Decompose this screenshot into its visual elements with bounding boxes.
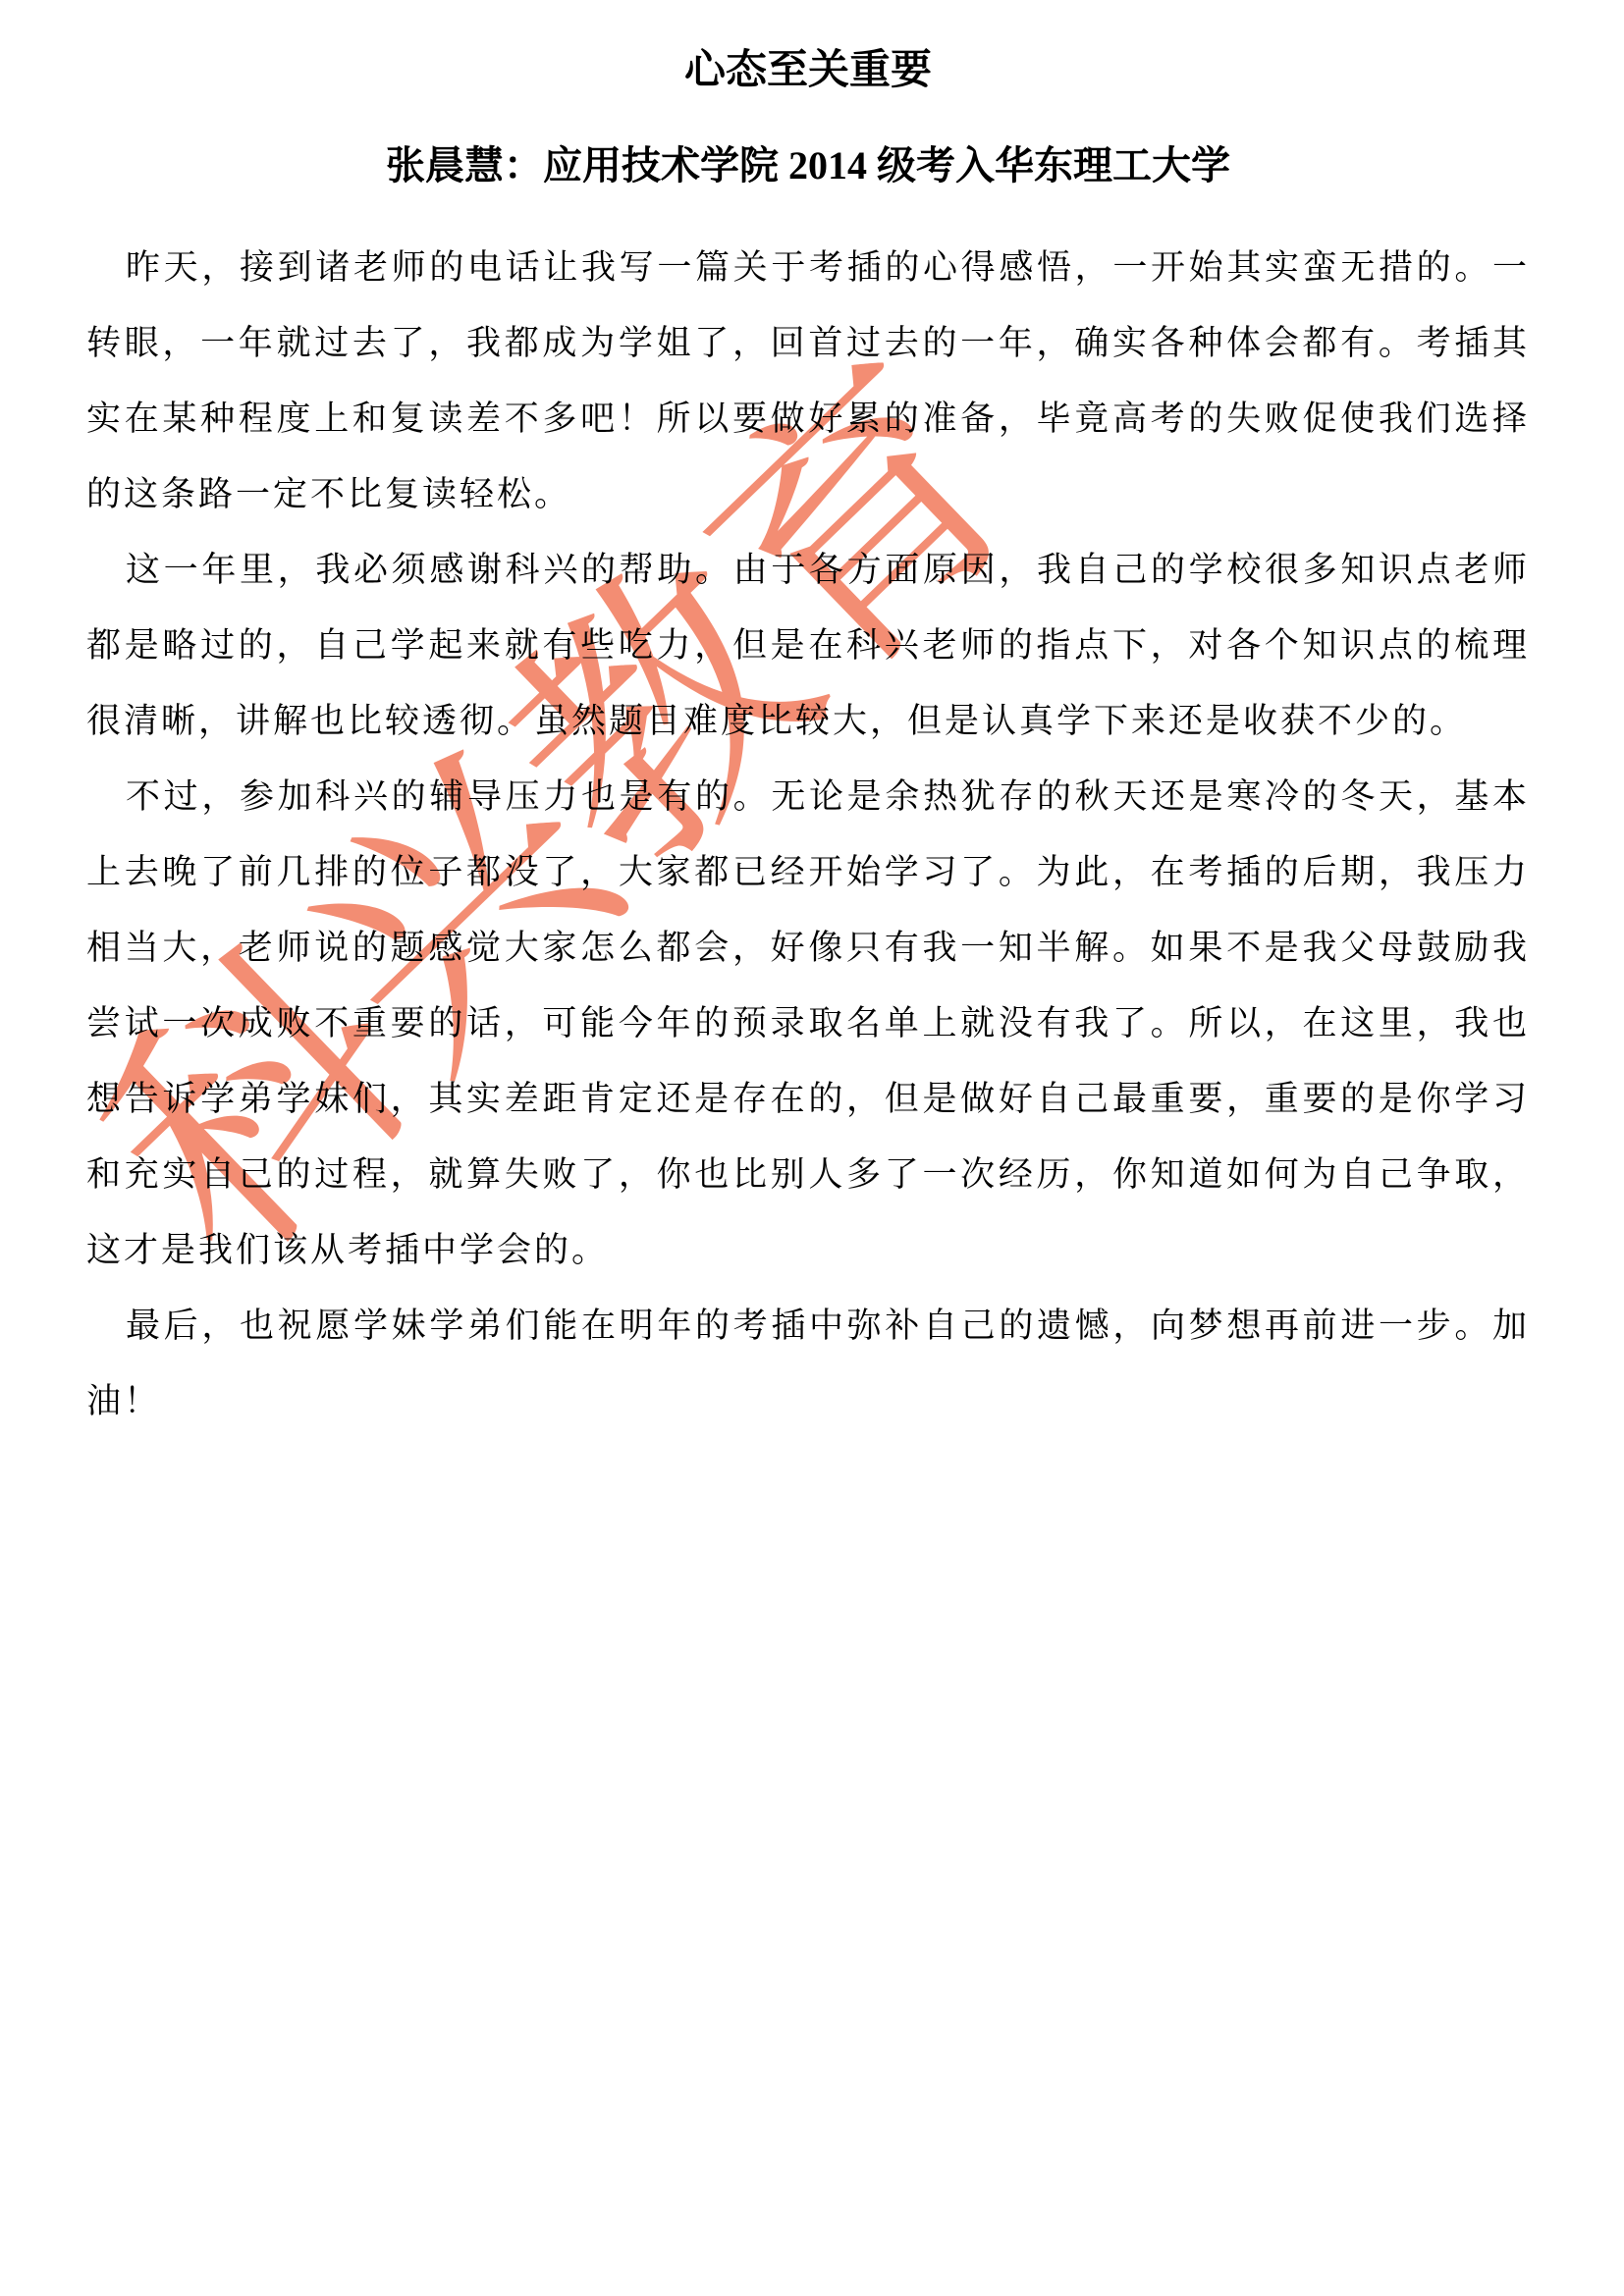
- document-content: 心态至关重要 张晨慧：应用技术学院 2014 级考入华东理工大学 昨天，接到诸老…: [86, 43, 1530, 1439]
- page-subtitle: 张晨慧：应用技术学院 2014 级考入华东理工大学: [86, 139, 1530, 192]
- paragraph-1: 昨天，接到诸老师的电话让我写一篇关于考插的心得感悟，一开始其实蛮无措的。一转眼，…: [86, 230, 1530, 532]
- paragraph-2: 这一年里，我必须感谢科兴的帮助。由于各方面原因，我自己的学校很多知识点老师都是略…: [86, 532, 1530, 759]
- paragraph-4: 最后，也祝愿学妹学弟们能在明年的考插中弥补自己的遗憾，向梦想再前进一步。加油！: [86, 1288, 1530, 1439]
- body-text: 昨天，接到诸老师的电话让我写一篇关于考插的心得感悟，一开始其实蛮无措的。一转眼，…: [86, 230, 1530, 1439]
- document-page: 科兴教育 心态至关重要 张晨慧：应用技术学院 2014 级考入华东理工大学 昨天…: [0, 0, 1624, 2296]
- paragraph-3: 不过，参加科兴的辅导压力也是有的。无论是余热犹存的秋天还是寒冷的冬天，基本上去晚…: [86, 759, 1530, 1288]
- page-title: 心态至关重要: [86, 43, 1530, 98]
